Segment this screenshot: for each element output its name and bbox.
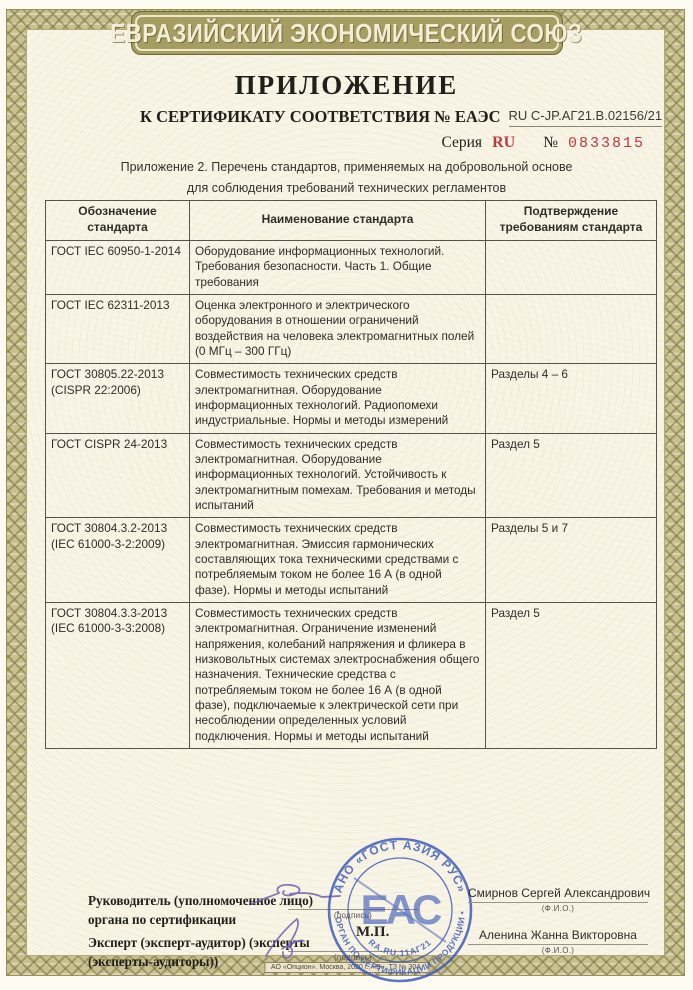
signature-caption: (подпись) [288,953,418,962]
table-row: ГОСТ 30804.3.3-2013 (IEC 61000-3-3:2008)… [46,602,657,748]
annex-subtitle-line2: для соблюдения требований технических ре… [0,181,693,195]
certificate-number-label: К СЕРТИФИКАТУ СООТВЕТСТВИЯ № ЕАЭС [140,107,501,127]
expert-name: Аленина Жанна Викторовна [468,928,648,945]
eaeu-banner-border: ЕВРАЗИЙСКИЙ ЭКОНОМИЧЕСКИЙ СОЮЗ [135,15,559,51]
col-header-confirmation: Подтверждение требованиям стандарта [486,201,657,241]
signature-caption: (подпись) [288,911,418,920]
cell-name: Совместимость технических средств электр… [190,433,486,518]
eaeu-banner-title: ЕВРАЗИЙСКИЙ ЭКОНОМИЧЕСКИЙ СОЮЗ [111,18,583,48]
head-name-block: Смирнов Сергей Александрович (Ф.И.О.) [468,886,648,913]
table-row: ГОСТ IEC 62311-2013 Оценка электронного … [46,294,657,363]
cell-confirmation [486,294,657,363]
certificate-number-value: RU C-JP.АГ21.B.02156/21 [509,108,663,127]
fio-caption: (Ф.И.О.) [468,946,648,955]
table-header-row: Обозначение стандарта Наименование станд… [46,201,657,241]
cell-name: Оборудование информационных технологий. … [190,241,486,295]
cell-confirmation: Разделы 4 – 6 [486,364,657,433]
expert-signature-line: (подпись) [288,927,418,952]
fio-caption: (Ф.И.О.) [468,904,648,913]
certificate-number-line: К СЕРТИФИКАТУ СООТВЕТСТВИЯ № ЕАЭС RU C-J… [140,107,646,127]
cell-designation: ГОСТ IEC 62311-2013 [46,294,190,363]
cell-confirmation: Раздел 5 [486,602,657,748]
cell-designation: ГОСТ 30804.3.2-2013 (IEC 61000-3-2:2009) [46,518,190,603]
head-of-body-label: Руководитель (уполномоченное лицо) орган… [88,891,318,929]
standards-table: Обозначение стандарта Наименование станд… [45,200,657,749]
blank-series-line: Серия RU № 0833815 [441,134,645,152]
head-signature-line: (подпись) [288,885,418,910]
cell-confirmation: Раздел 5 [486,433,657,518]
stamp-place-mark: М.П. [356,924,389,941]
table-row: ГОСТ 30805.22-2013 (CISPR 22:2006) Совме… [46,364,657,433]
document-title: ПРИЛОЖЕНИЕ [0,70,693,101]
blank-number: 0833815 [568,135,645,152]
table-row: ГОСТ IEC 60950-1-2014 Оборудование инфор… [46,241,657,295]
series-label: Серия [441,134,482,152]
table-row: ГОСТ 30804.3.2-2013 (IEC 61000-3-2:2009)… [46,518,657,603]
printing-house-note: АО «Опцион». Москва, 2020 г., «В». ТЗ № … [264,962,429,973]
series-value: RU [492,134,515,152]
number-sign: № [543,134,558,152]
annex-subtitle-line1: Приложение 2. Перечень стандартов, приме… [0,160,693,174]
head-name: Смирнов Сергей Александрович [468,886,648,903]
cell-confirmation: Разделы 5 и 7 [486,518,657,603]
expert-name-block: Аленина Жанна Викторовна (Ф.И.О.) [468,928,648,955]
cell-confirmation [486,241,657,295]
table-row: ГОСТ CISPR 24-2013 Совместимость техниче… [46,433,657,518]
cell-name: Совместимость технических средств электр… [190,518,486,603]
cell-name: Совместимость технических средств электр… [190,364,486,433]
eaeu-banner: ЕВРАЗИЙСКИЙ ЭКОНОМИЧЕСКИЙ СОЮЗ [131,11,563,55]
cell-designation: ГОСТ 30804.3.3-2013 (IEC 61000-3-3:2008) [46,602,190,748]
cell-designation: ГОСТ CISPR 24-2013 [46,433,190,518]
cell-name: Оценка электронного и электрического обо… [190,294,486,363]
col-header-name: Наименование стандарта [190,201,486,241]
col-header-designation: Обозначение стандарта [46,201,190,241]
cell-designation: ГОСТ 30805.22-2013 (CISPR 22:2006) [46,364,190,433]
cell-designation: ГОСТ IEC 60950-1-2014 [46,241,190,295]
certificate-annex-page: ЕВРАЗИЙСКИЙ ЭКОНОМИЧЕСКИЙ СОЮЗ ПРИЛОЖЕНИ… [0,0,693,990]
cell-name: Совместимость технических средств электр… [190,602,486,748]
